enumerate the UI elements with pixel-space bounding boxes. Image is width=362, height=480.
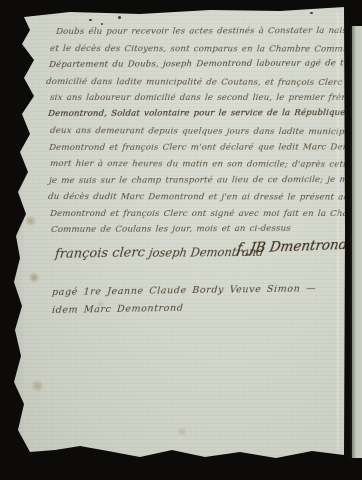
ink-speck <box>131 10 133 12</box>
ink-speck <box>187 8 189 10</box>
manuscript-page: Doubs élu pour recevoir les actes destin… <box>0 0 362 480</box>
scanned-document: Doubs élu pour recevoir les actes destin… <box>0 0 362 480</box>
adjacent-page-edge <box>350 26 362 458</box>
page-edge-shading <box>0 0 362 480</box>
